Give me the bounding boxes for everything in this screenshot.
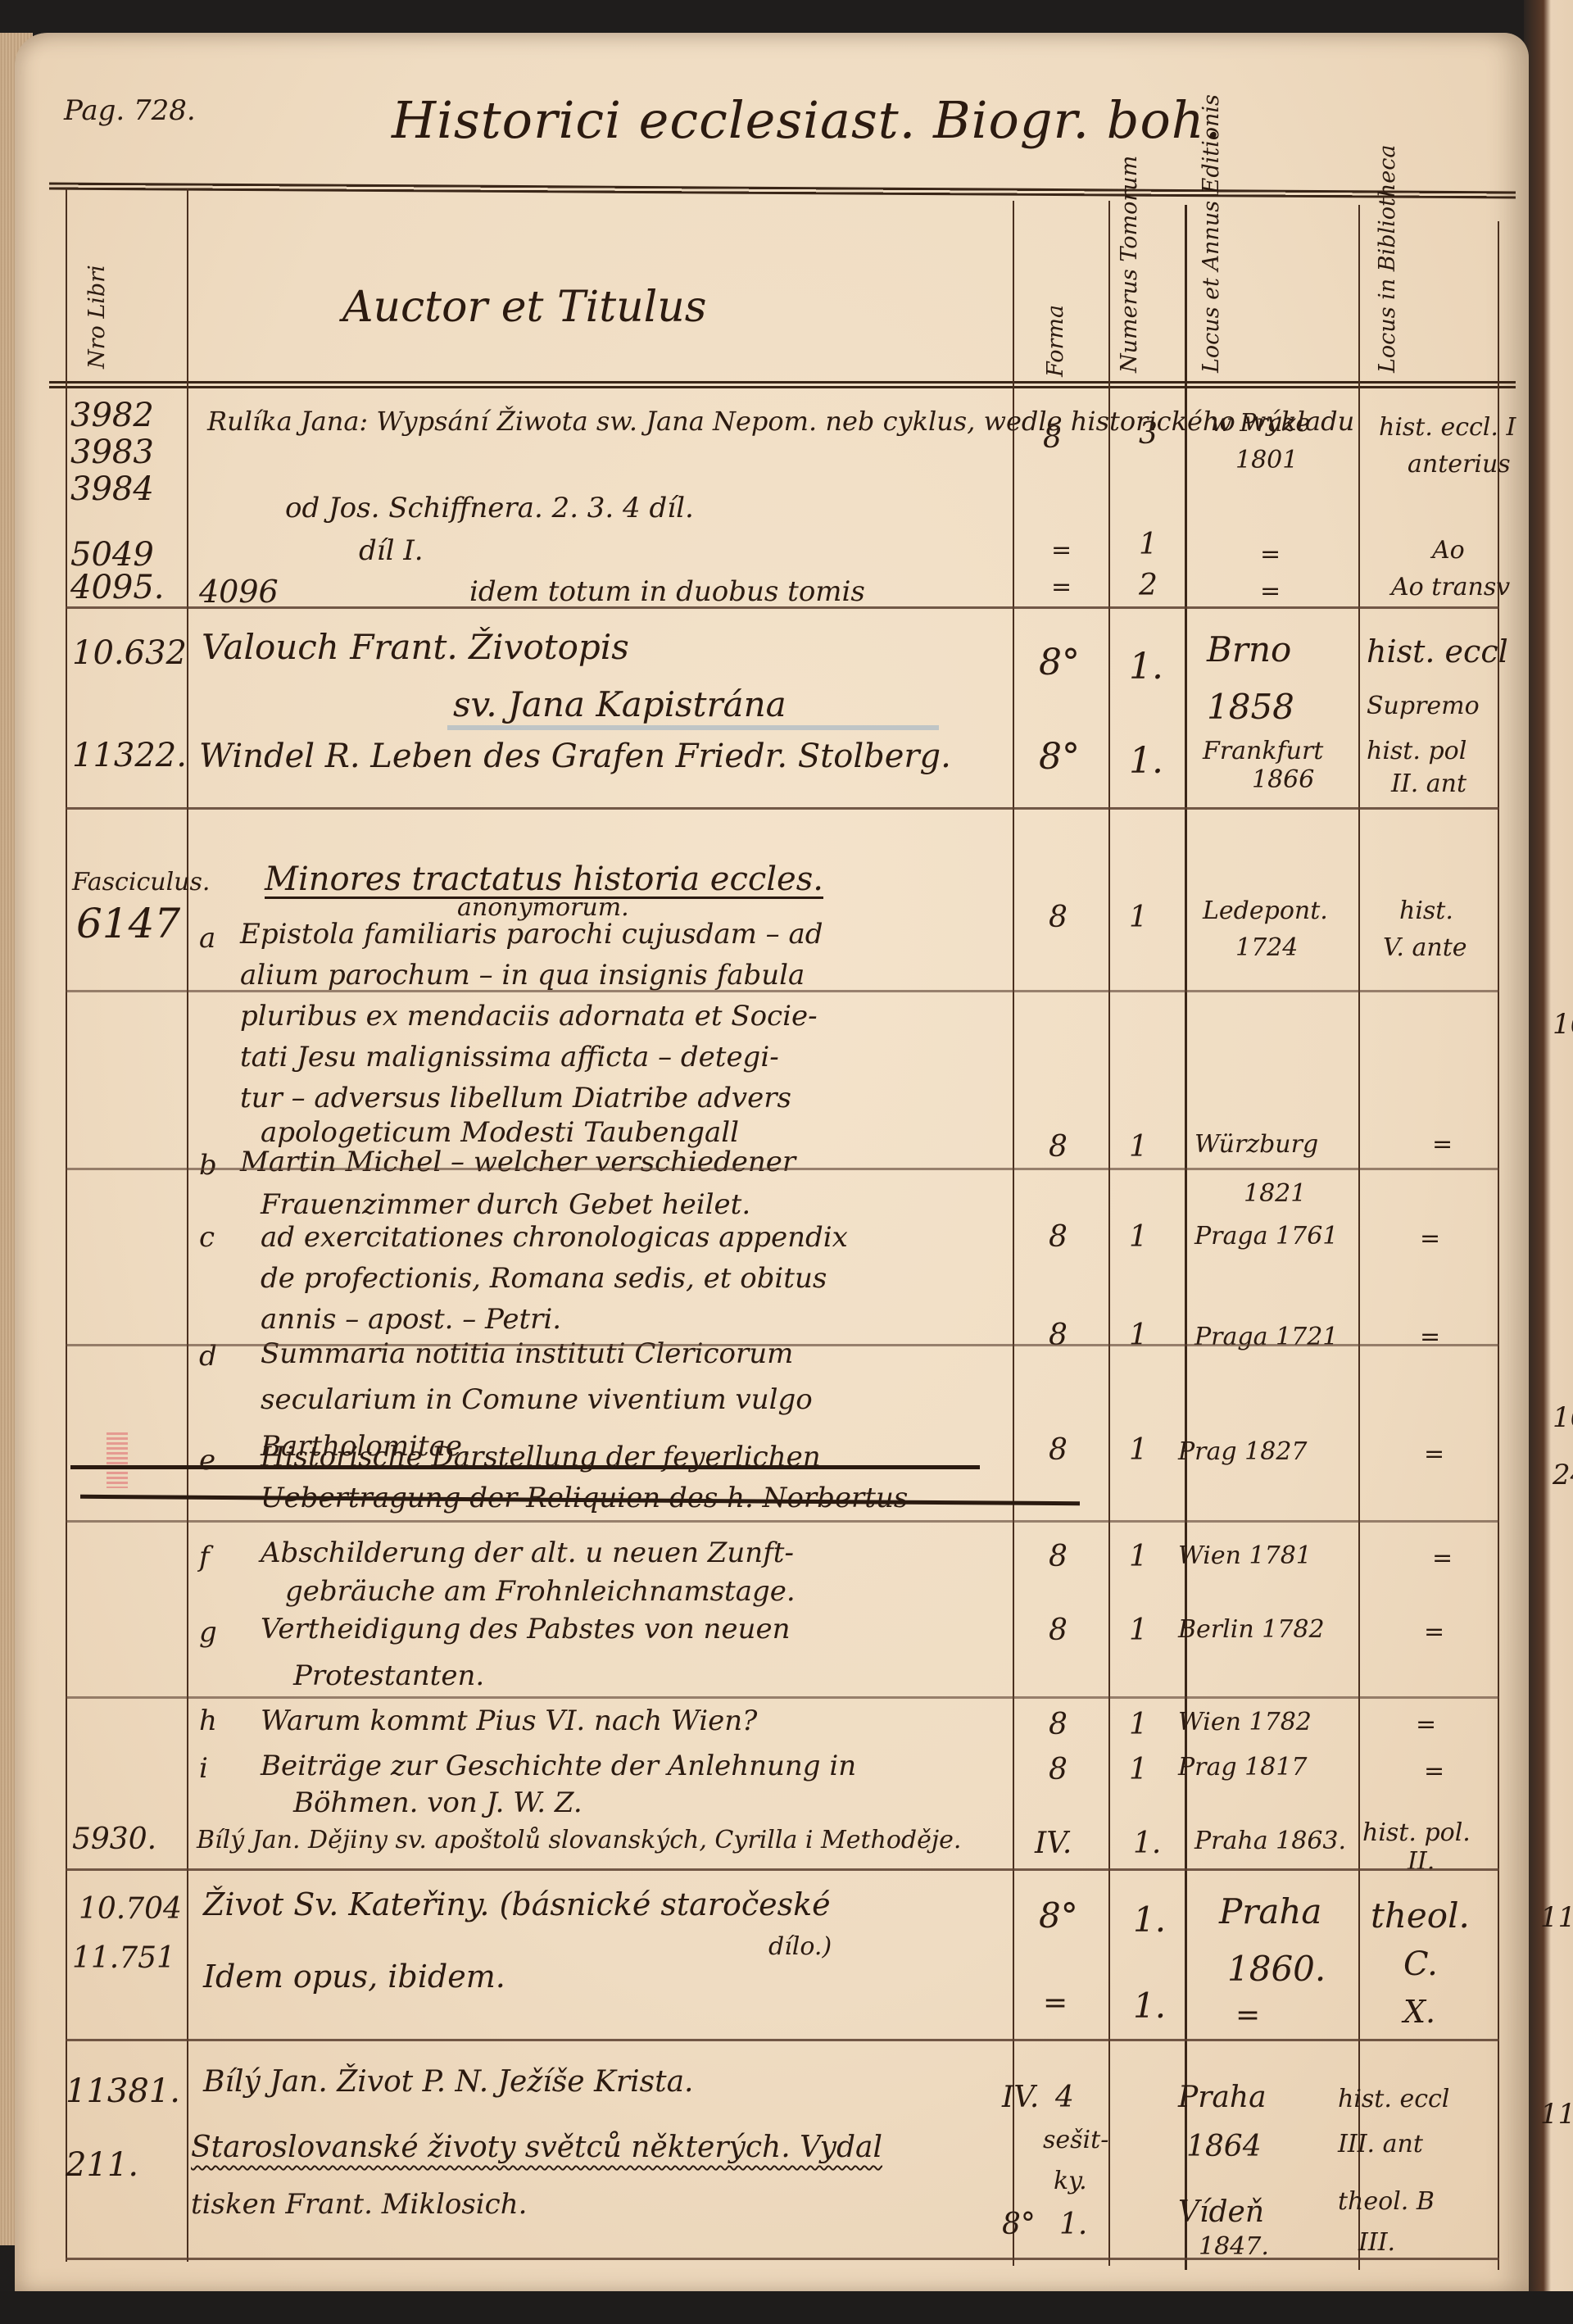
forma-value: = [1051,574,1072,601]
item-letter: b [199,1149,217,1182]
locus-value: Praga 1761 [1194,1223,1338,1250]
book-number: 3984 [70,471,154,507]
header-locus-annus: Locus et Annus Editionis [1199,209,1338,373]
bibliotheca-value: theol. [1371,1897,1470,1935]
forma-value: = [1051,537,1072,564]
row-divider [66,1696,1499,1699]
tomi-value: 1. [1129,647,1163,687]
item-line: tati Jesu malignissima afficta – detegi- [240,1041,779,1073]
entry-title-line: Život Sv. Kateřiny. (básnické staročeské [203,1886,831,1922]
bibliotheca-value: = [1424,1758,1444,1785]
item-line: Summaria notitia instituti Clericorum [261,1337,793,1370]
forma-value: 8 [1049,1541,1068,1573]
entry-title-line: Windel R. Leben des Grafen Friedr. Stolb… [199,738,951,775]
book-number: 3983 [70,434,154,470]
forma-value: 8 [1049,1614,1068,1647]
tomi-value: 1. [1133,1827,1161,1860]
item-line: ad exercitationes chronologicas appendix [261,1221,848,1254]
book-number: 10.632 [72,635,187,671]
bibliotheca-value: hist. pol [1367,738,1466,765]
locus-value: Wien 1781 [1178,1542,1312,1569]
forma-value: 8° [1039,738,1080,777]
locus-value: Praha 1863. [1194,1827,1346,1854]
row-divider [66,1868,1499,1871]
item-line: Vertheidigung des Pabstes von neuen [261,1613,790,1645]
forma-value: 8 [1049,1709,1068,1741]
row-divider [66,2039,1499,2041]
col-rule-locus [1358,205,1360,2270]
col-rule-left [66,188,67,2262]
header-numerus-tomorum: Numerus Tomorum [1117,209,1174,373]
locus-value: Prag 1827 [1178,1438,1308,1465]
header-top-rule [49,183,1516,199]
entry-title-line: dílo.) [768,1932,832,1961]
item-line: apologeticum Modesti Taubengall [261,1116,739,1149]
tomi-value: 1. [1129,742,1163,781]
item-line: secularium in Comune viventium vulgo [261,1383,813,1416]
bibliotheca-value: V. ante [1383,934,1467,961]
book-number: 10.704 [79,1893,182,1926]
bibliotheca-value: = [1420,1225,1440,1252]
locus-value: = [1260,541,1281,568]
annus-value: 1847. [1199,2233,1269,2260]
bibliotheca-value: = [1420,1323,1440,1350]
forma-value: 8° [1039,1897,1078,1935]
forma-value: 8° [1039,643,1080,683]
bibliotheca-value: hist. eccl [1338,2086,1449,2113]
locus-value: Ledepont. [1203,897,1328,924]
bibliotheca-value: = [1424,1441,1444,1468]
bibliotheca-value: Ao [1432,537,1465,564]
header-numero-libri: Nro Libri [84,205,110,369]
tomi-value: 1. [1133,1901,1166,1939]
bibliotheca-value: = [1432,1131,1453,1158]
entry-title-line: tisken Frant. Miklosich. [191,2188,527,2221]
tomi-value: 1 [1129,1709,1148,1741]
forma-value: IV. [1035,1827,1072,1860]
item-line: Epistola familiaris parochi cujusdam – a… [240,918,823,951]
item-letter: h [199,1704,217,1737]
item-line: Böhmen. von J. W. Z. [293,1786,583,1819]
tomi-value: ky. [1054,2167,1087,2195]
entry-title-line: Idem opus, ibidem. [203,1959,505,1995]
facing-page-fragment: 10 [1553,1008,1573,1041]
forma-value: 8 [1049,1434,1068,1467]
book-number: 4095. [70,570,165,606]
page-title: Historici ecclesiast. Biogr. boh. [392,90,1222,150]
row-divider [66,1344,1499,1346]
tomi-value: 1 [1129,1754,1148,1786]
item-line: tur – adversus libellum Diatribe advers [240,1082,791,1114]
forma-value: 8 [1049,1319,1068,1352]
facing-page-fragment: 115 [1540,2098,1573,2131]
book-number: 211. [66,2147,138,2183]
locus-value: = [1235,1999,1260,2032]
page-number: Pag. 728. [64,94,196,127]
bibliotheca-value: hist. pol. [1362,1819,1471,1846]
item-line: annis – apost. – Petri. [261,1303,561,1336]
item-line: Frauenzimmer durch Gebet heilet. [261,1188,750,1221]
locus-value: Praha [1178,2081,1267,2114]
book-number: 5930. [72,1823,156,1856]
tomi-value: 1 [1129,1131,1148,1164]
bibliotheca-value: C. [1403,1946,1438,1982]
book-number: 6147 [76,901,180,946]
item-line: Warum kommt Pius VI. nach Wien? [261,1704,757,1737]
annus-value: 1801 [1235,447,1298,474]
header-locus-bibliotheca: Locus in Bibliotheca [1375,209,1481,373]
tomi-value: 1 [1139,529,1158,561]
forma-value: 8 [1043,422,1062,455]
facing-page-fragment: 10 [1553,1401,1573,1434]
bibliotheca-value: III. [1358,2229,1395,2256]
book-number: 11.751 [72,1942,175,1975]
locus-value: w Praze [1211,410,1310,437]
forma-value: 8° [1002,2208,1036,2241]
item-line: Abschilderung der alt. u neuen Zunft- [261,1536,794,1569]
bibliotheca-value: III. ant [1338,2131,1423,2158]
item-letter: i [199,1752,208,1785]
header-auctor-titulus: Auctor et Titulus [342,283,706,332]
blue-pencil-mark [447,725,939,730]
entry-title-line: idem totum in duobus tomis [469,575,865,608]
ledger-page: Pag. 728. Historici ecclesiast. Biogr. b… [15,33,1529,2294]
red-library-stamp [107,1432,128,1488]
col-rule-forma [1108,201,1110,2266]
item-letter: e [199,1444,215,1477]
entry-title-line: Bílý Jan. Život P. N. Ježíše Krista. [203,2065,693,2099]
item-letter: c [199,1221,215,1254]
tomi-value: 3 [1139,418,1158,451]
locus-value: Praga 1721 [1194,1323,1338,1350]
row-divider [66,990,1499,992]
bibliotheca-value: = [1416,1711,1436,1738]
annus-value: 1866 [1252,766,1314,793]
entry-title-line: díl I. [359,534,424,567]
forma-value: IV. [1002,2081,1039,2114]
strike-through-line [70,1465,980,1469]
forma-value: 8 [1049,1754,1068,1786]
locus-value: Prag 1817 [1178,1754,1308,1781]
entry-title-line: Staroslovanské životy světců některých. … [191,2131,882,2164]
annus-value: 1821 [1244,1180,1306,1207]
col-rule-number [187,188,188,2262]
bibliotheca-value: X. [1403,1995,1435,2030]
item-line: Beiträge zur Geschichte der Anlehnung in [261,1750,856,1782]
col-rule-tomi [1185,205,1187,2270]
col-rule-right [1498,221,1499,2270]
tomi-value: 1 [1129,1319,1148,1352]
entry-title-line: Valouch Frant. Životopis [202,627,629,667]
forma-value: 8 [1049,1131,1068,1164]
item-line: de profectionis, Romana sedis, et obitus [261,1262,827,1295]
tomi-value: 1 [1129,1221,1148,1254]
locus-value: Praha [1219,1893,1321,1931]
bibliotheca-value: Supremo [1367,692,1480,719]
tomi-value: 1 [1129,1541,1148,1573]
locus-value: Berlin 1782 [1178,1616,1325,1643]
bibliotheca-value: Ao transv [1391,574,1510,601]
item-line: pluribus ex mendaciis adornata et Socie- [240,1000,818,1033]
bibliotheca-value: theol. B [1338,2188,1435,2215]
row-divider [66,807,1499,810]
tomi-value: 1. [1059,2208,1087,2241]
row-divider [66,2258,1499,2260]
tomi-value: 1 [1129,1434,1148,1467]
facing-page-fragment: 24 [1553,1459,1573,1491]
book-cover-bottom [0,2291,1573,2324]
item-line: Protestanten. [293,1659,484,1692]
inline-book-number: 4096 [199,574,279,610]
bibliotheca-value: II. ant [1391,770,1466,797]
item-line: Martin Michel – welcher verschiedener [240,1146,796,1178]
book-number: 5049 [70,537,154,573]
bibliotheca-value: = [1432,1545,1453,1572]
facing-page-fragment: 115 [1540,1901,1573,1934]
bibliotheca-value: = [1424,1618,1444,1645]
annus-value: 1864 [1186,2131,1262,2163]
entry-title-line: sv. Jana Kapistrána [453,684,786,724]
tomi-value: 4 [1055,2081,1074,2114]
row-divider [66,606,1499,609]
row-divider [66,1168,1499,1170]
forma-value: 8 [1049,901,1068,934]
annus-value: 1860. [1227,1950,1326,1988]
item-letter: a [199,922,215,955]
item-letter: f [199,1541,210,1573]
entry-title-line: od Jos. Schiffnera. 2. 3. 4 díl. [285,492,694,524]
book-number: 11322. [72,738,187,774]
tomi-value: 1 [1129,901,1148,934]
book-number: 11381. [66,2073,180,2109]
item-line: alium parochum – in qua insignis fabula [240,959,805,992]
locus-value: Brno [1207,631,1291,669]
forma-value: = [1043,1987,1068,2020]
book-cover-edge [1524,0,1573,2324]
annus-value: 1858 [1207,688,1294,726]
item-letter: g [199,1616,217,1649]
annus-value: 1724 [1235,934,1298,961]
tomi-value: 2 [1139,570,1158,602]
bibliotheca-value: hist. [1399,897,1453,924]
entry-title-line: Bílý Jan. Dějiny sv. apoštolů slovanskýc… [197,1826,961,1854]
header-bottom-rule [49,381,1516,388]
col-rule-title [1013,201,1014,2266]
bibliotheca-value: anterius [1408,451,1511,478]
locus-value: Würzburg [1194,1131,1318,1158]
locus-value: Frankfurt [1203,738,1323,765]
entry-title-line: Rulíka Jana: Wypsání Žiwota sw. Jana Nep… [207,406,1354,437]
item-line: gebräuche am Frohnleichnamstage. [285,1575,796,1608]
header-forma: Forma [1043,213,1068,377]
locus-value: Wien 1782 [1178,1709,1312,1736]
bibliotheca-value: II. [1408,1848,1435,1875]
tomi-value: 1. [1133,1987,1166,2025]
forma-value: 8 [1049,1221,1068,1254]
locus-value: Vídeň [1178,2196,1264,2229]
book-number: 3982 [70,397,154,433]
tomi-value: 1 [1129,1614,1148,1647]
locus-value: = [1260,578,1281,605]
row-divider [66,1520,1499,1523]
tomi-value: sešit- [1043,2127,1108,2154]
bibliotheca-value: hist. eccl. I [1379,414,1516,441]
fasciculus-label: Fasciculus. [72,869,210,896]
bibliotheca-value: hist. eccl [1367,635,1508,670]
